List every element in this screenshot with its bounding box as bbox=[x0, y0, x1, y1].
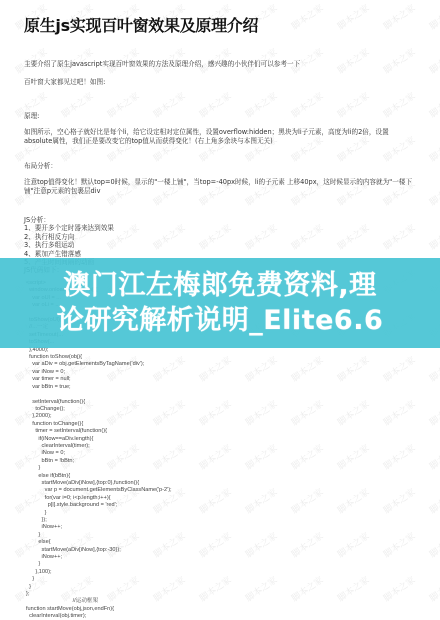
watermark-text: 脚本之家 bbox=[427, 573, 440, 604]
banner-line-1: 澳门江左梅郎免费资料,理 bbox=[63, 268, 376, 303]
article-intro: 主要介绍了原生javascript实现百叶窗效果的方法及原理介绍，感兴趣的小伙伴… bbox=[24, 60, 300, 69]
watermark-text: 脚本之家 bbox=[197, 89, 234, 120]
banner-line-2: 论研究解析说明_Elite6.6 bbox=[57, 303, 384, 338]
watermark-text: 脚本之家 bbox=[381, 221, 418, 252]
watermark-text: 脚本之家 bbox=[335, 485, 372, 516]
watermark-text: 脚本之家 bbox=[243, 573, 280, 604]
watermark-text: 脚本之家 bbox=[243, 529, 280, 560]
watermark-text: 脚本之家 bbox=[243, 89, 280, 120]
watermark-text: 脚本之家 bbox=[335, 573, 372, 604]
watermark-text: 脚本之家 bbox=[381, 485, 418, 516]
watermark-text: 脚本之家 bbox=[335, 45, 372, 76]
watermark-text: 脚本之家 bbox=[289, 529, 326, 560]
list-item: 1、要开多个定时器来达到效果 bbox=[24, 224, 114, 233]
watermark-text: 脚本之家 bbox=[381, 45, 418, 76]
watermark-text: 脚本之家 bbox=[427, 221, 440, 252]
watermark-text: 脚本之家 bbox=[335, 353, 372, 384]
watermark-text: 脚本之家 bbox=[243, 441, 280, 472]
article: 原生js实现百叶窗效果及原理介绍 主要介绍了原生javascript实现百叶窗效… bbox=[24, 16, 424, 36]
watermark-text: 脚本之家 bbox=[197, 397, 234, 428]
watermark-text: 脚本之家 bbox=[59, 89, 96, 120]
watermark-text: 脚本之家 bbox=[289, 89, 326, 120]
watermark-text: 脚本之家 bbox=[381, 573, 418, 604]
watermark-text: 脚本之家 bbox=[197, 353, 234, 384]
watermark-text: 脚本之家 bbox=[335, 529, 372, 560]
watermark-text: 脚本之家 bbox=[243, 221, 280, 252]
watermark-text: 脚本之家 bbox=[243, 397, 280, 428]
list-item: 4、累加产生错落感 bbox=[24, 250, 114, 259]
watermark-text: 脚本之家 bbox=[427, 441, 440, 472]
principle-body: 如图所示，空心格子就好比是每个li，给它设定相对定位属性，设置overflow:… bbox=[24, 128, 416, 146]
overlay-banner: 澳门江左梅郎免费资料,理 论研究解析说明_Elite6.6 bbox=[0, 258, 440, 348]
watermark-text: 脚本之家 bbox=[427, 133, 440, 164]
watermark-text: 脚本之家 bbox=[381, 353, 418, 384]
watermark-text: 脚本之家 bbox=[289, 397, 326, 428]
watermark-text: 脚本之家 bbox=[381, 529, 418, 560]
watermark-text: 脚本之家 bbox=[243, 353, 280, 384]
watermark-text: 脚本之家 bbox=[197, 485, 234, 516]
list-item: 2、执行相反方向 bbox=[24, 233, 114, 242]
watermark-text: 脚本之家 bbox=[427, 397, 440, 428]
watermark-text: 脚本之家 bbox=[427, 89, 440, 120]
watermark-text: 脚本之家 bbox=[289, 485, 326, 516]
watermark-text: 脚本之家 bbox=[427, 529, 440, 560]
layout-heading: 布局分析： bbox=[24, 162, 57, 171]
watermark-text: 脚本之家 bbox=[243, 485, 280, 516]
watermark-text: 脚本之家 bbox=[197, 441, 234, 472]
watermark-text: 脚本之家 bbox=[105, 89, 142, 120]
watermark-text: 脚本之家 bbox=[289, 221, 326, 252]
watermark-text: 脚本之家 bbox=[197, 221, 234, 252]
watermark-text: 脚本之家 bbox=[335, 397, 372, 428]
article-title: 原生js实现百叶窗效果及原理介绍 bbox=[24, 16, 424, 36]
watermark-text: 脚本之家 bbox=[197, 573, 234, 604]
watermark-text: 脚本之家 bbox=[381, 397, 418, 428]
watermark-text: 脚本之家 bbox=[151, 221, 188, 252]
watermark-text: 脚本之家 bbox=[427, 45, 440, 76]
watermark-text: 脚本之家 bbox=[289, 353, 326, 384]
list-item: 3、执行多组运动 bbox=[24, 241, 114, 250]
watermark-text: 脚本之家 bbox=[197, 529, 234, 560]
watermark-text: 脚本之家 bbox=[335, 221, 372, 252]
watermark-text: 脚本之家 bbox=[427, 353, 440, 384]
watermark-text: 脚本之家 bbox=[381, 441, 418, 472]
watermark-text: 脚本之家 bbox=[335, 89, 372, 120]
article-intro-2: 百叶窗大家都见过吧！如图: bbox=[24, 78, 105, 87]
watermark-text: 脚本之家 bbox=[427, 177, 440, 208]
watermark-text: 脚本之家 bbox=[335, 441, 372, 472]
principle-heading: 原理: bbox=[24, 112, 39, 121]
watermark-text: 脚本之家 bbox=[289, 441, 326, 472]
watermark-text: 脚本之家 bbox=[151, 89, 188, 120]
watermark-text: 脚本之家 bbox=[381, 89, 418, 120]
watermark-text: 脚本之家 bbox=[427, 1, 440, 32]
watermark-text: 脚本之家 bbox=[289, 573, 326, 604]
watermark-text: 脚本之家 bbox=[427, 485, 440, 516]
layout-body: 注意top值得变化！默认top=0时候，显示的"一楼上铺"，当top=-40px… bbox=[24, 178, 416, 196]
